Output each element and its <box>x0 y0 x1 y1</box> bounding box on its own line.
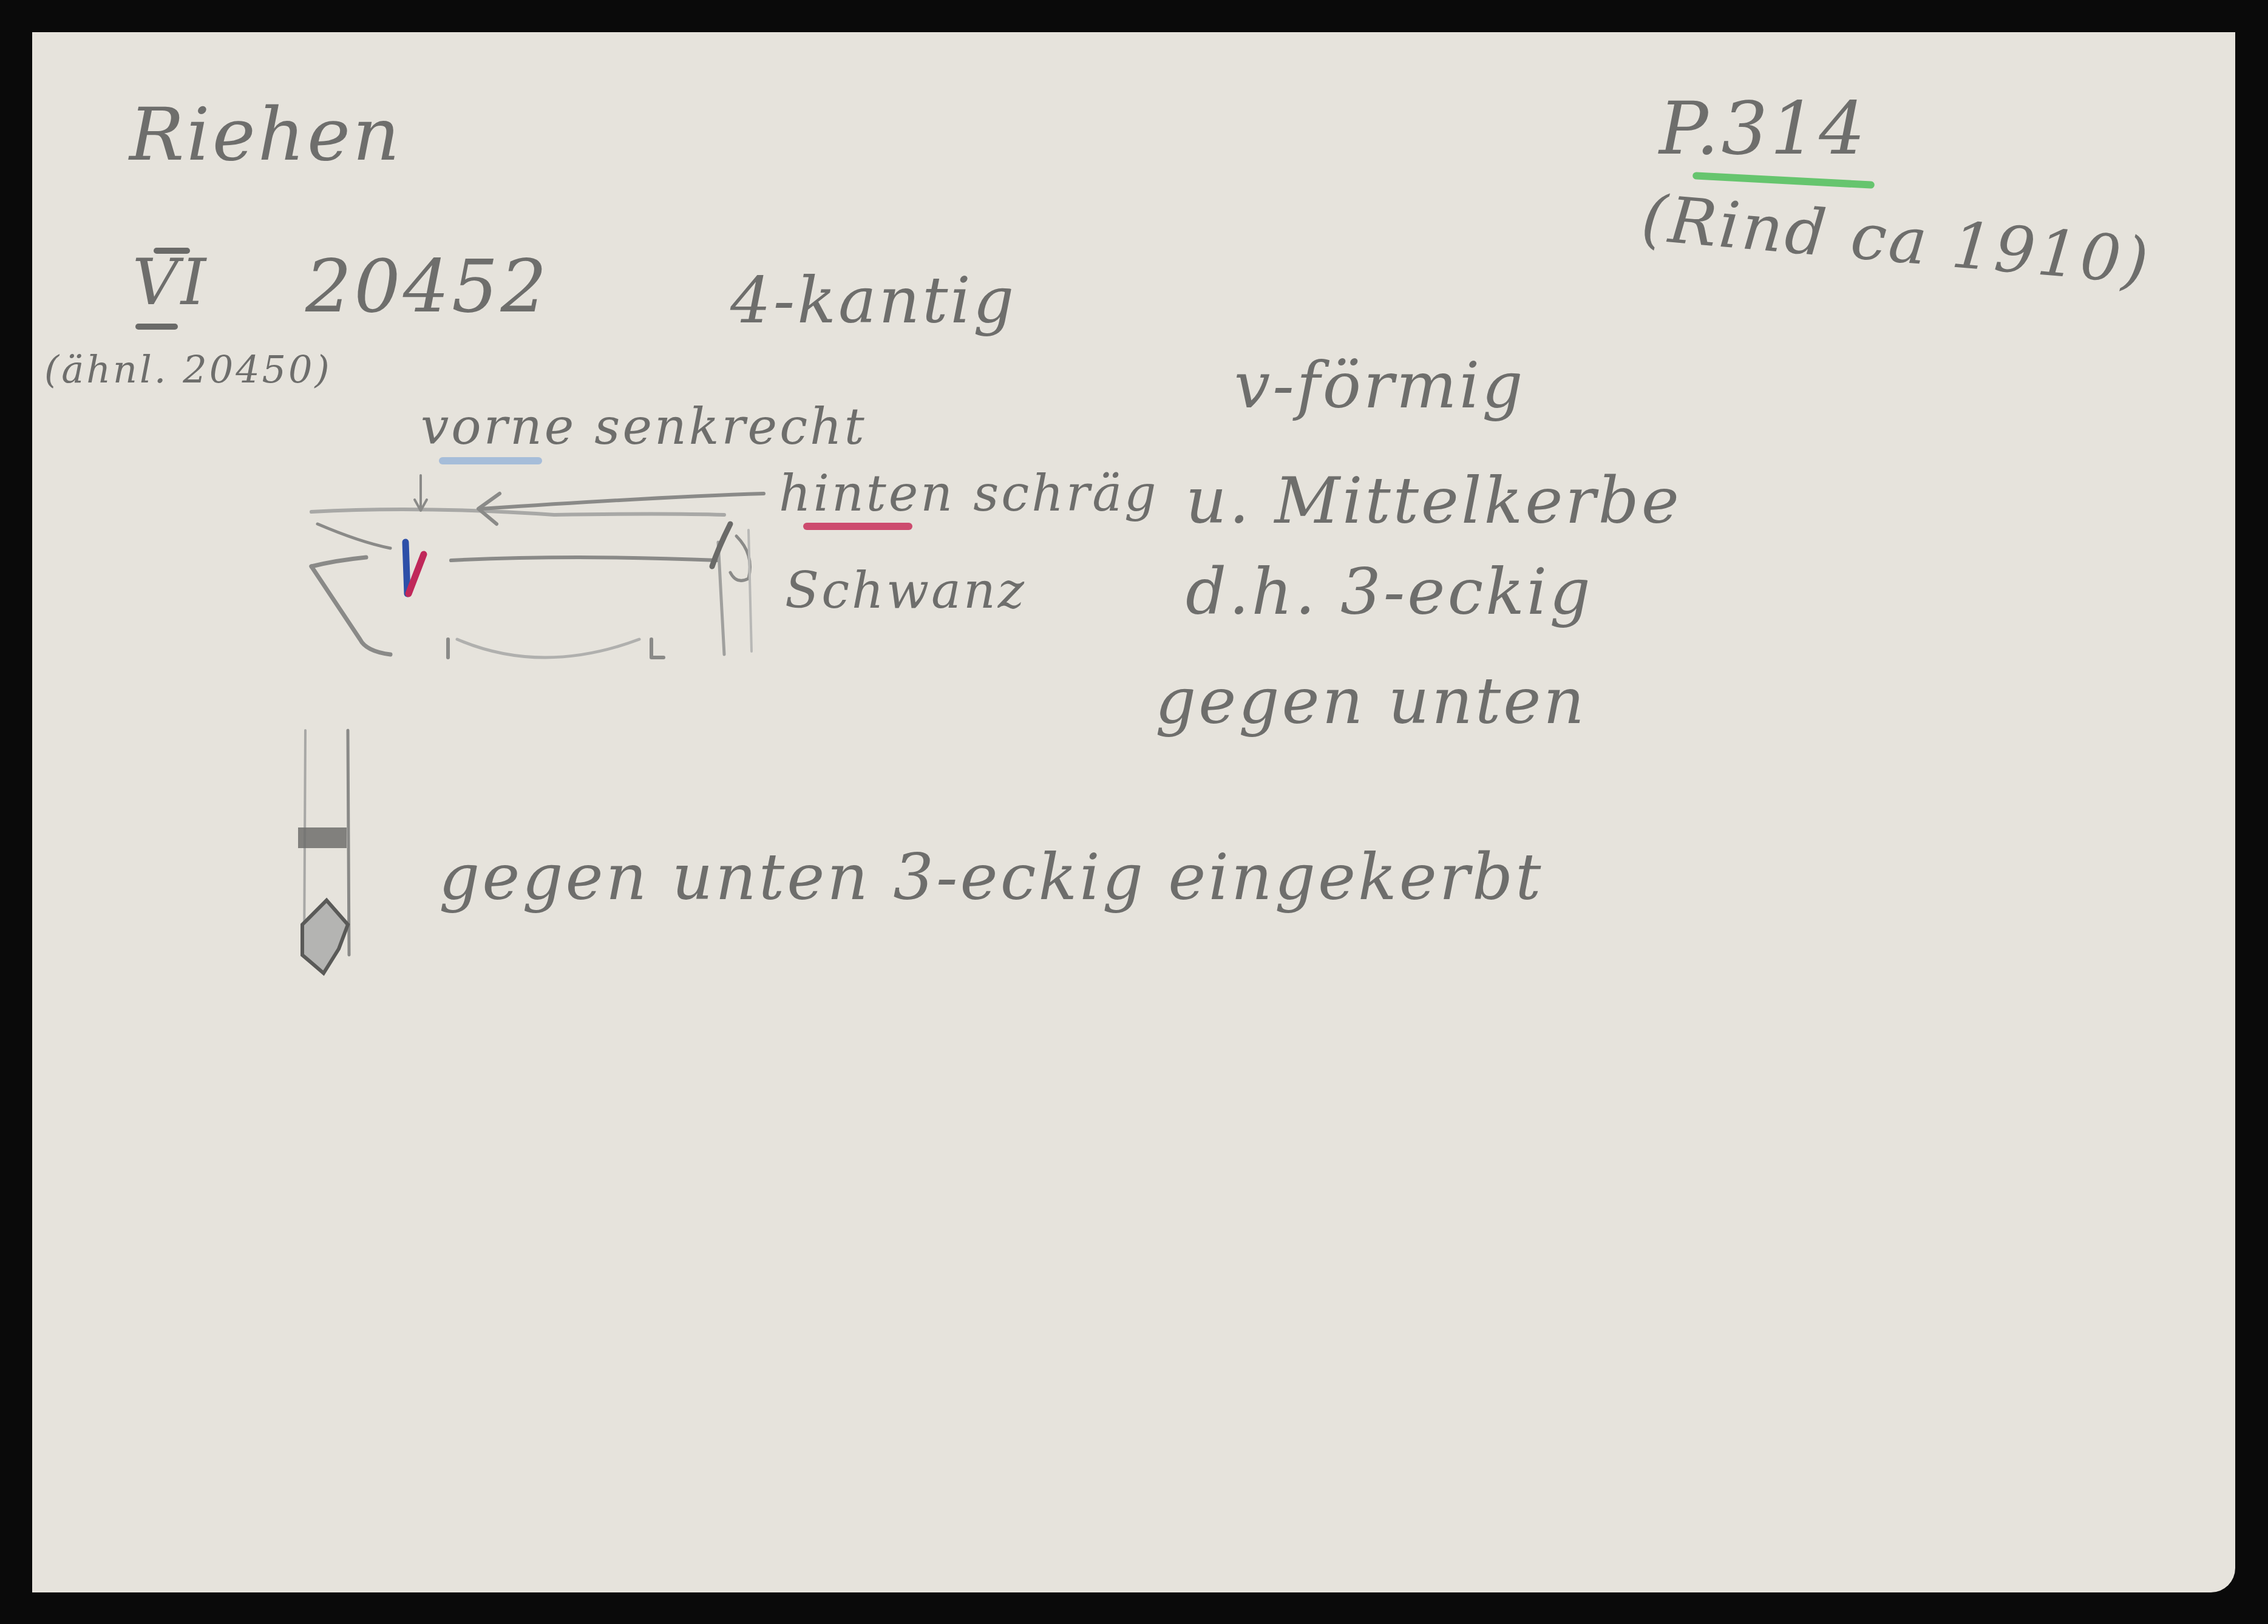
label-back-slanted: hinten schräg <box>779 469 1159 519</box>
similar-reference: (ähnl. 20450) <box>44 351 332 389</box>
object-side-sketch <box>299 457 797 688</box>
description-line-1: v-förmig <box>1234 354 1525 418</box>
label-front-vertical: vorne senkrecht <box>421 403 867 452</box>
description-line-4: gegen unten <box>1155 670 1587 733</box>
place-name: Riehen <box>129 99 402 172</box>
roman-numeral: VI <box>132 251 208 314</box>
page-reference: P.314 <box>1659 93 1868 166</box>
cross-section-sketch <box>287 724 360 979</box>
inventory-number: 20452 <box>305 251 549 324</box>
index-card: Riehen VI 20452 (ähnl. 20450) 4-kantig P… <box>32 32 2235 1592</box>
description-line-3: d.h. 3-eckig <box>1186 560 1593 624</box>
red-underline-mark <box>803 523 912 530</box>
numeral-underbar <box>135 324 178 330</box>
label-tail: Schwanz <box>785 566 1027 616</box>
description-line-2: u. Mittelkerbe <box>1186 469 1682 533</box>
shape-description: 4-kantig <box>730 269 1016 333</box>
green-underline-mark <box>1693 172 1875 189</box>
attribution: (Rind ca 1910) <box>1639 186 2153 294</box>
bottom-note: gegen unten 3-eckig eingekerbt <box>439 846 1543 909</box>
